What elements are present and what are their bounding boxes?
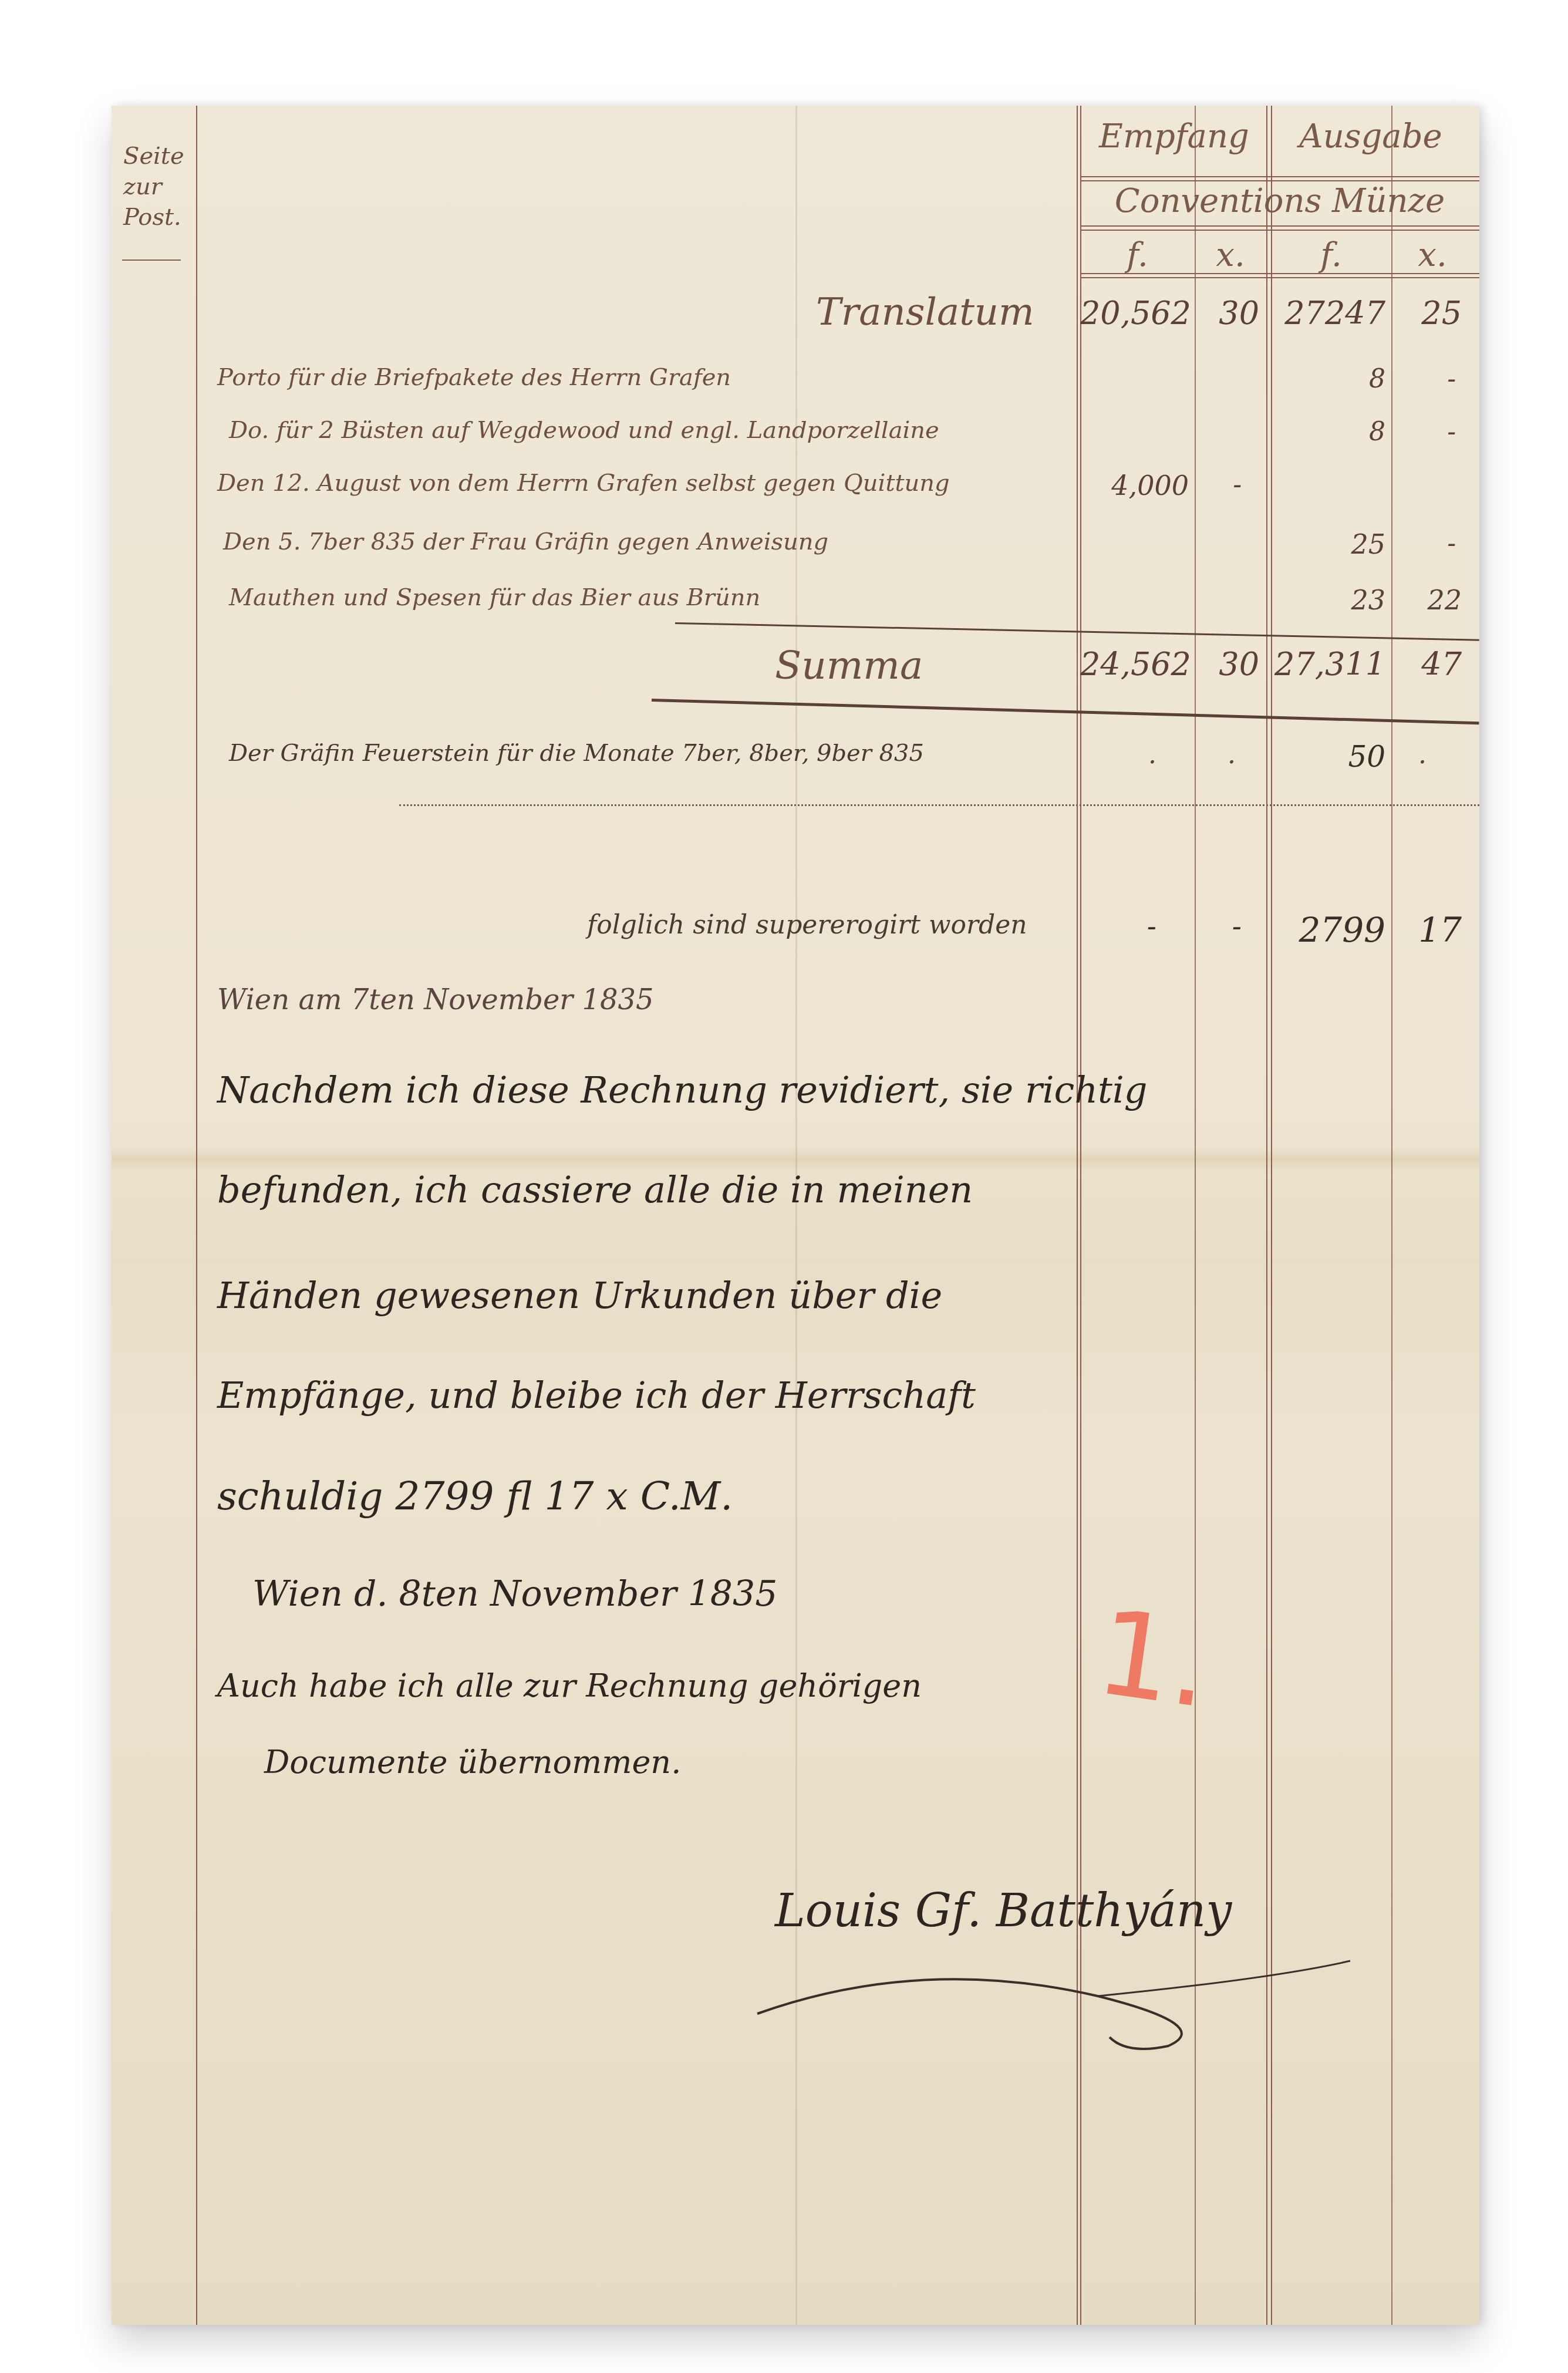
row0-aus-x: 25 bbox=[1391, 295, 1462, 332]
note-date: Wien d. 8ten November 1835 bbox=[252, 1573, 777, 1614]
signature-flourish-icon bbox=[746, 1943, 1450, 2061]
row4-desc: Den 5. 7ber 835 der Frau Gräfin gegen An… bbox=[223, 528, 828, 555]
header-rule-2b bbox=[1080, 230, 1479, 231]
margin-label: Seite zur Post. bbox=[123, 141, 188, 232]
header-rule-3 bbox=[1080, 273, 1479, 274]
note-line-4: Empfänge, und bleibe ich der Herrschaft bbox=[217, 1374, 976, 1417]
note-line-2: befunden, ich cassiere alle die in meine… bbox=[217, 1168, 973, 1211]
row5-aus-f: 23 bbox=[1271, 584, 1385, 616]
subhead-aus-x: x. bbox=[1391, 236, 1473, 274]
note-line-3: Händen gewesenen Urkunden über die bbox=[217, 1274, 942, 1317]
summa-emp-f: 24,562 bbox=[1080, 646, 1189, 683]
row-desc-translatum: Translatum bbox=[816, 291, 1034, 334]
ledger-page: Seite zur Post. Empfang Ausgabe Conventi… bbox=[112, 106, 1479, 2325]
row0-emp-x: 30 bbox=[1195, 295, 1259, 332]
note-line-1: Nachdem ich diese Rechnung revidiert, si… bbox=[217, 1068, 1148, 1111]
signature: Louis Gf. Batthyány bbox=[775, 1885, 1232, 1937]
header-empfang: Empfang bbox=[1080, 117, 1268, 156]
margin-label-underline bbox=[122, 259, 181, 261]
row2-aus-f: 8 bbox=[1271, 417, 1385, 447]
row5-desc: Mauthen und Spesen für das Bier aus Brün… bbox=[229, 584, 760, 611]
balance-aus-f: 2799 bbox=[1271, 910, 1385, 950]
header-rule-1 bbox=[1080, 176, 1479, 177]
subhead-aus-f: f. bbox=[1271, 236, 1391, 274]
header-currency: Conventions Münze bbox=[1080, 182, 1479, 220]
header-rule-3b bbox=[1080, 277, 1479, 278]
summa-emp-x: 30 bbox=[1195, 646, 1259, 683]
row2-aus-x: - bbox=[1391, 417, 1456, 447]
row3-desc: Den 12. August von dem Herrn Grafen selb… bbox=[217, 470, 950, 497]
wavy-separator bbox=[399, 804, 1479, 812]
margin-rule bbox=[196, 106, 197, 2325]
extra-desc: Der Gräfin Feuerstein für die Monate 7be… bbox=[229, 740, 924, 767]
row2-desc: Do. für 2 Büsten auf Wegdewood und engl.… bbox=[229, 417, 939, 444]
row3-emp-f: 4,000 bbox=[1080, 470, 1189, 501]
row1-aus-x: - bbox=[1391, 364, 1456, 394]
balance-emp-x: - bbox=[1195, 910, 1242, 943]
subhead-emp-f: f. bbox=[1080, 236, 1195, 274]
balance-aus-x: 17 bbox=[1391, 910, 1462, 950]
row5-aus-x: 22 bbox=[1391, 584, 1462, 616]
row4-aus-x: - bbox=[1391, 528, 1456, 558]
extra-emp-x: . bbox=[1195, 740, 1236, 770]
row3-emp-x: - bbox=[1195, 470, 1242, 500]
red-crayon-mark: 1. bbox=[1089, 1584, 1219, 1735]
balance-desc: folglich sind supererogirt worden bbox=[587, 910, 1027, 940]
summa-bottom-rule bbox=[652, 699, 1479, 724]
note-closing-1: Auch habe ich alle zur Rechnung gehörige… bbox=[217, 1667, 922, 1704]
horizontal-fold bbox=[112, 1148, 1479, 1171]
note-line-5: schuldig 2799 fl 17 x C.M. bbox=[217, 1474, 733, 1519]
note-closing-2: Documente übernommen. bbox=[264, 1744, 681, 1781]
summa-aus-f: 27,311 bbox=[1271, 646, 1385, 683]
balance-emp-f: - bbox=[1080, 910, 1156, 943]
row0-emp-f: 20,562 bbox=[1080, 295, 1189, 332]
row0-aus-f: 27247 bbox=[1271, 295, 1385, 332]
subhead-emp-x: x. bbox=[1195, 236, 1266, 274]
row1-desc: Porto für die Briefpakete des Herrn Graf… bbox=[217, 364, 731, 391]
header-ausgabe: Ausgabe bbox=[1271, 117, 1471, 156]
row1-aus-f: 8 bbox=[1271, 364, 1385, 394]
header-rule-1b bbox=[1080, 180, 1479, 181]
header-rule-2 bbox=[1080, 225, 1479, 227]
place-date-1: Wien am 7ten November 1835 bbox=[217, 983, 654, 1016]
row4-aus-f: 25 bbox=[1271, 528, 1385, 560]
extra-emp-f: . bbox=[1080, 740, 1156, 770]
extra-aus-x: . bbox=[1391, 740, 1427, 770]
summa-label: Summa bbox=[775, 643, 923, 688]
summa-aus-x: 47 bbox=[1391, 646, 1462, 683]
extra-aus-f: 50 bbox=[1271, 740, 1385, 774]
